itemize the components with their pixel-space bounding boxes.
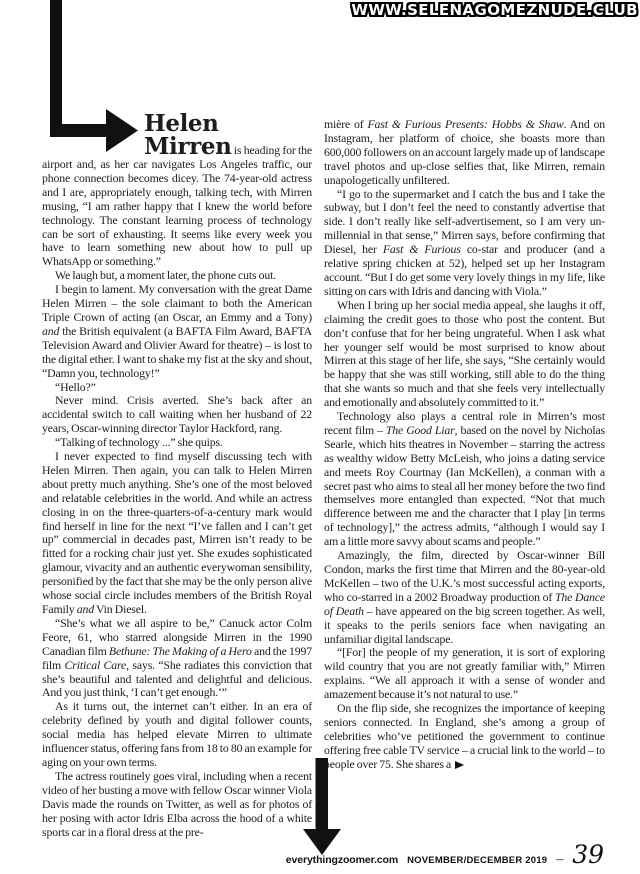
article-columns: Helen Mirren is heading for the airport …	[42, 112, 605, 839]
text-segment: Vin Diesel.	[94, 602, 147, 616]
footer-dash: –	[556, 852, 563, 868]
paragraph: Technology also plays a central role in …	[324, 410, 605, 549]
paragraph: We laugh but, a moment later, the phone …	[42, 269, 312, 283]
paragraph: I begin to lament. My conversation with …	[42, 283, 312, 380]
text-segment: Never mind. Crisis averted. She’s back a…	[42, 393, 312, 435]
text-segment: I begin to lament. My conversation with …	[42, 282, 312, 324]
text-segment: “[For] the people of my generation, it i…	[324, 645, 605, 701]
text-segment: “Hello?”	[55, 380, 96, 394]
text-segment: is heading for the airport and, as her c…	[42, 143, 312, 268]
paragraph: When I bring up her social media appeal,…	[324, 299, 605, 410]
paragraph: I never expected to find myself discussi…	[42, 450, 312, 617]
text-segment: On the flip side, she recognizes the imp…	[324, 701, 605, 771]
paragraph: The actress routinely goes viral, includ…	[42, 770, 312, 840]
text-segment: The actress routinely goes viral, includ…	[42, 769, 312, 839]
text-segment: and	[42, 324, 59, 338]
text-segment: We laugh but, a moment later, the phone …	[55, 268, 276, 282]
paragraph: Amazingly, the film, directed by Oscar-w…	[324, 549, 605, 646]
page-number: 39	[572, 842, 604, 867]
footer-site-name: everythingzoomer.com	[286, 854, 398, 866]
paragraph: On the flip side, she recognizes the imp…	[324, 702, 605, 772]
text-segment: I never expected to find myself discussi…	[42, 449, 312, 616]
text-segment: As it turns out, the internet can’t eith…	[42, 699, 312, 769]
paragraph: “Hello?”	[42, 381, 312, 395]
text-segment: When I bring up her social media appeal,…	[324, 298, 605, 409]
paragraph: As it turns out, the internet can’t eith…	[42, 700, 312, 770]
text-segment: and	[77, 602, 94, 616]
footer-issue-date: NOVEMBER/DECEMBER 2019	[407, 855, 547, 866]
text-segment: Critical Care	[65, 658, 127, 672]
paragraph: “Talking of technology ...” she quips.	[42, 436, 312, 450]
paragraph: “[For] the people of my generation, it i…	[324, 646, 605, 702]
right-column: mière of Fast & Furious Presents: Hobbs …	[324, 112, 605, 839]
text-segment: Bethune: The Making of a Hero	[109, 644, 252, 658]
text-segment: the British equivalent (a BAFTA Film Awa…	[42, 324, 312, 380]
text-segment: – have appeared on the big screen togeth…	[324, 604, 605, 646]
paragraph: “She’s what we all aspire to be,” Canuck…	[42, 617, 312, 700]
text-segment: The Good Liar	[386, 423, 455, 437]
text-segment: , based on the novel by Nicholas Searle,…	[324, 423, 605, 548]
text-segment: Fast & Furious	[383, 242, 461, 256]
text-segment: “Talking of technology ...” she quips.	[55, 435, 223, 449]
paragraph: mière of Fast & Furious Presents: Hobbs …	[324, 118, 605, 188]
watermark-text: WWW.SELENAGOMEZNUDE.CLUB	[351, 1, 638, 19]
paragraph: “I go to the supermarket and I catch the…	[324, 188, 605, 299]
lead-name: Helen Mirren	[144, 110, 231, 160]
left-column: Helen Mirren is heading for the airport …	[42, 112, 312, 839]
text-segment: mière of	[324, 117, 368, 131]
text-segment: Fast & Furious Presents: Hobbs & Shaw	[368, 117, 564, 131]
lead-paragraph: Helen Mirren is heading for the airport …	[42, 112, 312, 269]
right-triangle-icon	[455, 761, 464, 769]
page-footer: everythingzoomer.com NOVEMBER/DECEMBER 2…	[286, 842, 604, 868]
paragraph: Never mind. Crisis averted. She’s back a…	[42, 394, 312, 436]
